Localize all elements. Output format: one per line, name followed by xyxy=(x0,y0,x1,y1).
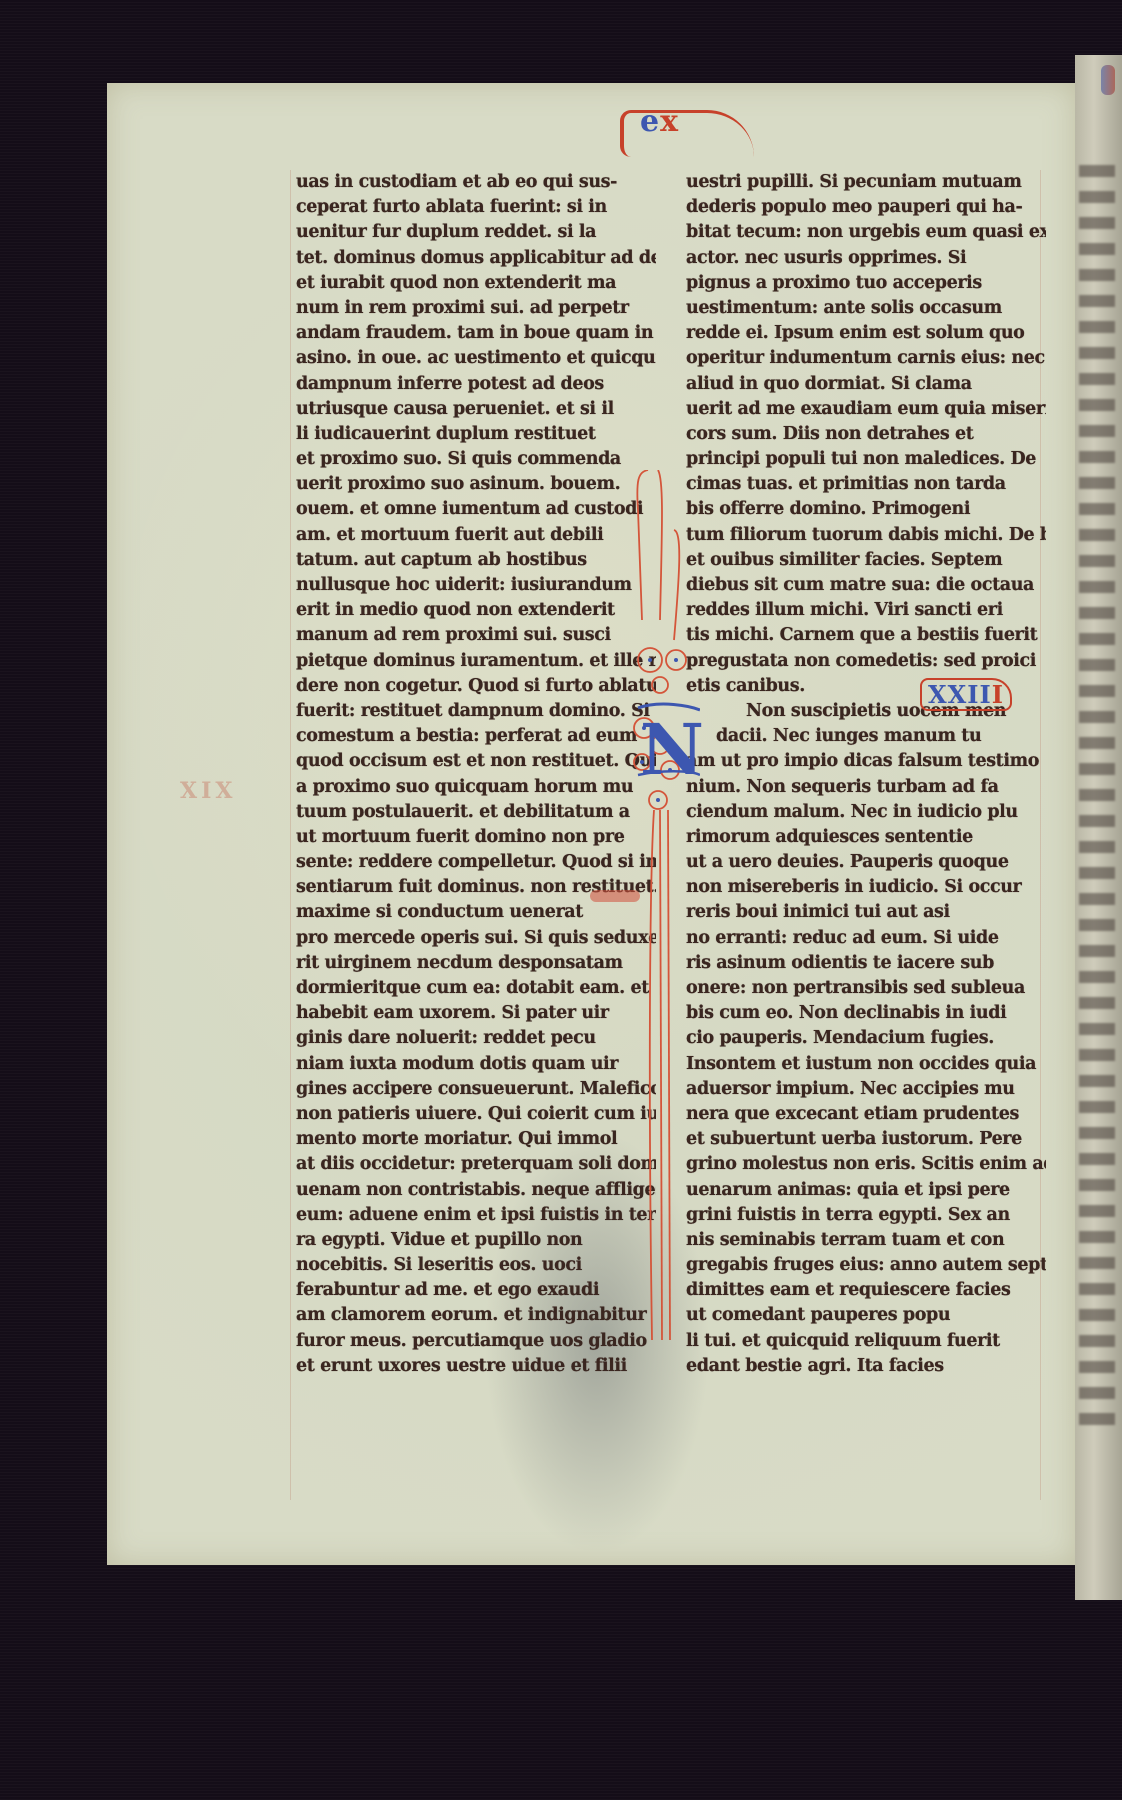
text-line: mento morte moriatur. Qui immol xyxy=(296,1127,656,1152)
text-line: edant bestie agri. Ita facies xyxy=(686,1354,1046,1379)
text-line: am clamorem eorum. et indignabitur xyxy=(296,1303,656,1328)
text-line: num in rem proximi sui. ad perpetr xyxy=(296,296,656,321)
text-line: et erunt uxores uestre uidue et filii xyxy=(296,1354,656,1379)
pen-flourish-decoration xyxy=(630,470,700,1340)
text-line: utriusque causa perueniet. et si il xyxy=(296,397,656,422)
text-column-right: uestri pupilli. Si pecuniam mutuam deder… xyxy=(686,170,1046,1379)
text-line: actor. nec usuris opprimes. Si xyxy=(686,246,1046,271)
text-line: tuum postulauerit. et debilitatum a xyxy=(296,800,656,825)
running-title-red-letter: x xyxy=(660,104,679,139)
show-through-text xyxy=(1079,165,1115,1425)
adjacent-leaves-edge xyxy=(1075,55,1122,1600)
text-line: et ouibus similiter facies. Septem xyxy=(686,548,1046,573)
text-line: bitat tecum: non urgebis eum quasi ex xyxy=(686,220,1046,245)
show-through-rubric xyxy=(1101,65,1115,95)
text-line: cors sum. Diis non detrahes et xyxy=(686,422,1046,447)
text-line: operitur indumentum carnis eius: nec hab… xyxy=(686,346,1046,371)
text-line: eum: aduene enim et ipsi fuistis in ter xyxy=(296,1203,656,1228)
text-line: diebus sit cum matre sua: die octaua xyxy=(686,573,1046,598)
chapter-number: XXIII xyxy=(920,678,1012,711)
text-line: fuerit: restituet dampnum domino. Si xyxy=(296,699,656,724)
text-line: rit uirginem necdum desponsatam xyxy=(296,951,656,976)
text-line: dere non cogetur. Quod si furto ablatum xyxy=(296,674,656,699)
text-line: nullusque hoc uiderit: iusiurandum xyxy=(296,573,656,598)
text-line: ferabuntur ad me. et ego exaudi xyxy=(296,1278,656,1303)
text-line: pignus a proximo tuo acceperis xyxy=(686,271,1046,296)
text-line: uestri pupilli. Si pecuniam mutuam xyxy=(686,170,1046,195)
text-line: dacii. Nec iunges manum tu xyxy=(686,724,1046,749)
text-line: gines accipere consueuerunt. Maleficos xyxy=(296,1077,656,1102)
text-line: aduersor impium. Nec accipies mu xyxy=(686,1077,1046,1102)
text-line: gregabis fruges eius: anno autem septimo xyxy=(686,1253,1046,1278)
text-line: li iudicauerint duplum restituet xyxy=(296,422,656,447)
faded-offset-chapter-number: XIX xyxy=(180,778,236,804)
text-line: reddes illum michi. Viri sancti eri xyxy=(686,598,1046,623)
text-line: tum filiorum tuorum dabis michi. De bobu… xyxy=(686,523,1046,548)
text-line: comestum a bestia: perferat ad eum xyxy=(296,724,656,749)
text-line: ginis dare noluerit: reddet pecu xyxy=(296,1026,656,1051)
text-line: cio pauperis. Mendacium fugies. xyxy=(686,1026,1046,1051)
text-line: et subuertunt uerba iustorum. Pere xyxy=(686,1127,1046,1152)
text-line: dederis populo meo pauperi qui ha- xyxy=(686,195,1046,220)
text-line: pregustata non comedetis: sed proici xyxy=(686,649,1046,674)
text-line: at diis occidetur: preterquam soli domin… xyxy=(296,1152,656,1177)
text-line: Insontem et iustum non occides quia xyxy=(686,1052,1046,1077)
text-line: li tui. et quicquid reliquum fuerit xyxy=(686,1329,1046,1354)
text-line: dampnum inferre potest ad deos xyxy=(296,372,656,397)
text-line: non patieris uiuere. Qui coierit cum iu xyxy=(296,1102,656,1127)
text-line: nis seminabis terram tuam et con xyxy=(686,1228,1046,1253)
text-line: dormieritque cum ea: dotabit eam. et xyxy=(296,976,656,1001)
text-line: uas in custodiam et ab eo qui sus- xyxy=(296,170,656,195)
text-line: principi populi tui non maledices. De xyxy=(686,447,1046,472)
text-line: ut a uero deuies. Pauperis quoque xyxy=(686,850,1046,875)
rubric-smudge xyxy=(590,890,640,902)
text-line: uerit proximo suo asinum. bouem. xyxy=(296,472,656,497)
text-line: onere: non pertransibis sed subleua xyxy=(686,976,1046,1001)
text-line: uerit ad me exaudiam eum quia miseri xyxy=(686,397,1046,422)
text-line: redde ei. Ipsum enim est solum quo xyxy=(686,321,1046,346)
text-line: nera que excecant etiam prudentes xyxy=(686,1102,1046,1127)
text-line: asino. in oue. ac uestimento et quicquid xyxy=(296,346,656,371)
text-line: ra egypti. Vidue et pupillo non xyxy=(296,1228,656,1253)
text-line: maxime si conductum uenerat xyxy=(296,900,656,925)
text-line: quod occisum est et non restituet. Qui xyxy=(296,749,656,774)
text-line: ceperat furto ablata fuerint: si in xyxy=(296,195,656,220)
text-line: bis cum eo. Non declinabis in iudi xyxy=(686,1001,1046,1026)
text-line: uenitur fur duplum reddet. si la xyxy=(296,220,656,245)
text-line: sente: reddere compelletur. Quod si impr… xyxy=(296,850,656,875)
text-line: tet. dominus domus applicabitur ad deos xyxy=(296,246,656,271)
text-line: am ut pro impio dicas falsum testimo xyxy=(686,749,1046,774)
text-line: aliud in quo dormiat. Si clama xyxy=(686,372,1046,397)
text-line: et iurabit quod non extenderit ma xyxy=(296,271,656,296)
running-title: ex xyxy=(620,100,760,160)
text-line: habebit eam uxorem. Si pater uir xyxy=(296,1001,656,1026)
text-line: bis offerre domino. Primogeni xyxy=(686,497,1046,522)
text-line: ciendum malum. Nec in iudicio plu xyxy=(686,800,1046,825)
text-line: tis michi. Carnem que a bestiis fuerit xyxy=(686,623,1046,648)
text-line: non misereberis in iudicio. Si occur xyxy=(686,875,1046,900)
text-line: a proximo suo quicquam horum mu xyxy=(296,775,656,800)
text-line: ris asinum odientis te iacere sub xyxy=(686,951,1046,976)
text-line: ut comedant pauperes popu xyxy=(686,1303,1046,1328)
text-line: dimittes eam et requiescere facies xyxy=(686,1278,1046,1303)
text-line: pietque dominus iuramentum. et ille red xyxy=(296,649,656,674)
text-line: nium. Non sequeris turbam ad fa xyxy=(686,775,1046,800)
text-line: niam iuxta modum dotis quam uir xyxy=(296,1052,656,1077)
text-line: am. et mortuum fuerit aut debili xyxy=(296,523,656,548)
text-column-left: uas in custodiam et ab eo qui sus- ceper… xyxy=(296,170,656,1379)
ruling-line-left xyxy=(290,170,291,1500)
text-line: uestimentum: ante solis occasum xyxy=(686,296,1046,321)
text-line: grino molestus non eris. Scitis enim ad xyxy=(686,1152,1046,1177)
text-line: et proximo suo. Si quis commenda xyxy=(296,447,656,472)
text-line: furor meus. percutiamque uos gladio xyxy=(296,1329,656,1354)
text-line: reris boui inimici tui aut asi xyxy=(686,900,1046,925)
text-line: erit in medio quod non extenderit xyxy=(296,598,656,623)
text-line: nocebitis. Si leseritis eos. uoci xyxy=(296,1253,656,1278)
text-line: cimas tuas. et primitias non tarda xyxy=(686,472,1046,497)
text-line: no erranti: reduc ad eum. Si uide xyxy=(686,926,1046,951)
text-line: ouem. et omne iumentum ad custodi xyxy=(296,497,656,522)
running-title-blue-letter: e xyxy=(640,104,660,139)
text-line: rimorum adquiesces sententie xyxy=(686,825,1046,850)
chapter-number-red: I xyxy=(992,680,1004,709)
text-line: grini fuistis in terra egypti. Sex an xyxy=(686,1203,1046,1228)
text-line: andam fraudem. tam in boue quam in xyxy=(296,321,656,346)
text-line: uenam non contristabis. neque affliges xyxy=(296,1178,656,1203)
text-line: manum ad rem proximi sui. susci xyxy=(296,623,656,648)
text-line: ut mortuum fuerit domino non pre xyxy=(296,825,656,850)
text-line: tatum. aut captum ab hostibus xyxy=(296,548,656,573)
decorated-initial: N xyxy=(640,715,720,785)
chapter-number-blue: XXII xyxy=(928,680,992,709)
text-line: uenarum animas: quia et ipsi pere xyxy=(686,1178,1046,1203)
text-line: pro mercede operis sui. Si quis seduxe xyxy=(296,926,656,951)
